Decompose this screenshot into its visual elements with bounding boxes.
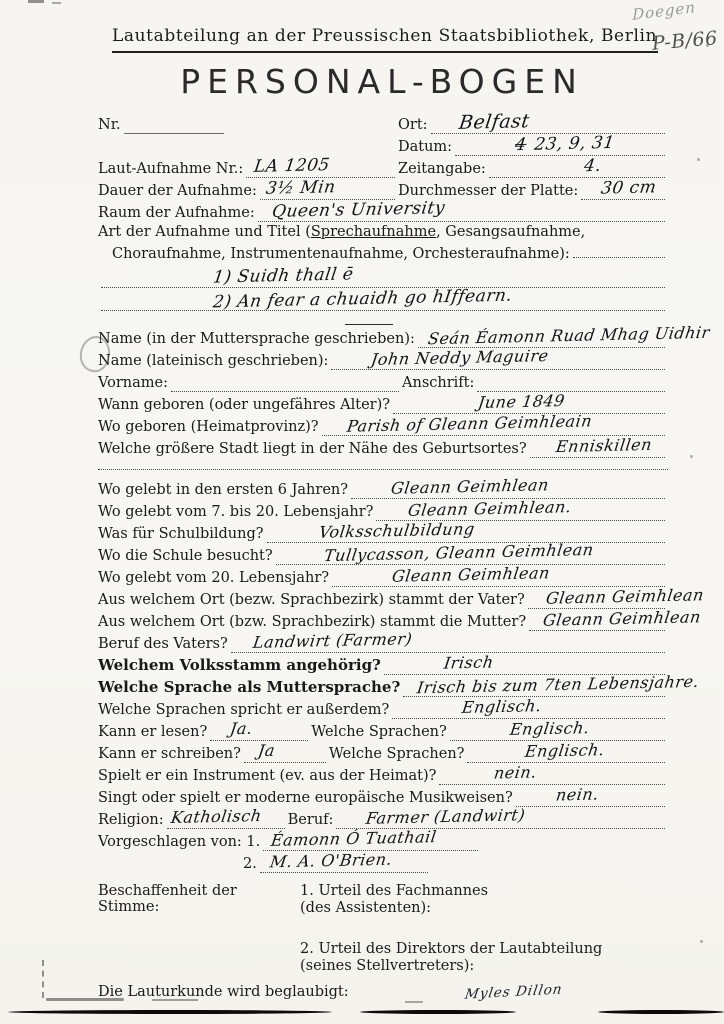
vorname-label: Vorname: (98, 375, 168, 391)
row-wo-geboren: Wo geboren (Heimatprovinz)? Parish of Gl… (98, 416, 668, 438)
titel2-field: 2) An fear a chuaidh go hIffearn. (101, 291, 665, 311)
row-beglaubigt: Die Lauturkunde wird beglaubigt: Myles D… (98, 984, 668, 1000)
row-erste6: Wo gelebt in den ersten 6 Jahren? Gleann… (98, 479, 668, 501)
art-label-line2: Choraufnahme, Instrumentenaufnahme, Orch… (98, 246, 570, 262)
vater-ort-label: Aus welchem Ort (bezw. Sprachbezirk) sta… (98, 592, 525, 608)
musik-label: Singt oder spielt er moderne europäische… (98, 790, 513, 806)
laut-nr-field: LA 1205 (246, 158, 395, 178)
row-musik: Singt oder spielt er moderne europäische… (98, 787, 668, 809)
urteil1-line1: 1. Urteil des Fachmannes (300, 883, 668, 900)
row-art-2: Choraufnahme, Instrumentenaufnahme, Orch… (98, 246, 668, 268)
schule-wo-label: Wo die Schule besucht? (98, 548, 273, 564)
organization-heading: Lautabteilung an der Preussischen Staats… (112, 26, 658, 53)
laut-nr-label: Laut-Aufnahme Nr.: (98, 161, 243, 177)
row-schreiben: Kann er schreiben? Ja Welche Sprachen? E… (98, 743, 668, 765)
sonst-label: Welche Sprachen spricht er außerdem? (98, 702, 389, 718)
lesen-sprachen-label: Welche Sprachen? (311, 724, 447, 740)
name-latein-label: Name (lateinisch geschrieben): (98, 353, 328, 369)
urteil-gap (300, 917, 668, 941)
scan-smudge (28, 0, 44, 3)
beruf-vater-label: Beruf des Vaters? (98, 636, 228, 652)
anschrift-field (477, 372, 665, 392)
signature: Myles Dillon (463, 981, 563, 1002)
raum-field: Queen's University (258, 202, 665, 222)
datum-label: Datum: (398, 139, 452, 155)
erste6-field: Gleann Geimhlean (351, 479, 665, 499)
scan-dashed-line (42, 960, 44, 998)
vorgeschlagen2-label: 2. (243, 856, 257, 872)
scan-speck (690, 455, 693, 458)
dauer-label: Dauer der Aufnahme: (98, 183, 257, 199)
art-label-underlined: Sprechaufnahme (311, 224, 436, 240)
beruf-field: Farmer (Landwirt) (336, 809, 665, 829)
zeitangabe-field: 4. (489, 158, 665, 178)
mutter-ort-field: Gleann Geimhlean (529, 611, 665, 631)
row-ab20: Wo gelebt vom 20. Lebensjahr? Gleann Gei… (98, 567, 668, 589)
scan-smudge (52, 2, 61, 4)
row-7bis20: Wo gelebt vom 7. bis 20. Lebensjahr? Gle… (98, 501, 668, 523)
urteil2-line2: (seines Stellvertreters): (300, 958, 668, 975)
scan-smudge (405, 1001, 423, 1003)
row-datum: Datum: 423, 9, 31 (98, 136, 668, 158)
scan-smudge (46, 998, 124, 1001)
row-vorname-anschrift: Vorname: Anschrift: (98, 372, 668, 394)
row-name-muttersprache: Name (in der Muttersprache geschrieben):… (98, 328, 668, 350)
volksstamm-field: Irisch (384, 655, 665, 675)
wo-geboren-label: Wo geboren (Heimatprovinz)? (98, 419, 319, 435)
dauer-field: 3½ Min (260, 180, 395, 200)
durchmesser-field: 30 cm (581, 180, 665, 200)
beglaubigt-label: Die Lauturkunde wird beglaubigt: (98, 984, 349, 1000)
schreiben-label: Kann er schreiben? (98, 746, 241, 762)
titel1-field: 1) Suidh thall ē (101, 268, 665, 288)
page-edge-stroke (598, 1010, 724, 1014)
scan-smudge (152, 999, 198, 1001)
lesen-label: Kann er lesen? (98, 724, 207, 740)
zeitangabe-label: Zeitangabe: (398, 161, 486, 177)
scan-speck (697, 158, 700, 161)
page-title: PERSONAL-BOGEN (98, 62, 666, 101)
stimme-section: Beschaffenheit der Stimme: 1. Urteil des… (98, 883, 668, 975)
document-code-annotation: P-B/66 (651, 27, 718, 55)
art-field (573, 257, 665, 258)
sonst-field: Englisch. (392, 699, 665, 719)
raum-label: Raum der Aufnahme: (98, 205, 255, 221)
stadt-label: Welche größere Stadt liegt in der Nähe d… (98, 441, 527, 457)
urteil1-line2: (des Assistenten): (300, 900, 668, 917)
page-edge-stroke (360, 1010, 516, 1014)
row-titel-2: 2) An fear a chuaidh go hIffearn. (98, 291, 668, 315)
lesen-field: Ja. (210, 721, 308, 741)
row-art-1: Art der Aufnahme und Titel (Sprechaufnah… (98, 224, 668, 246)
instrument-label: Spielt er ein Instrument (ev. aus der He… (98, 768, 436, 784)
section-divider-dotted (98, 460, 668, 479)
art-label-post: , Gesangsaufnahme, (436, 224, 585, 240)
row-instrument: Spielt er ein Instrument (ev. aus der He… (98, 765, 668, 787)
j7-20-field: Gleann Geimhlean. (376, 501, 665, 521)
schreiben-sprachen-label: Welche Sprachen? (329, 746, 465, 762)
name-mutter-label: Name (in der Muttersprache geschrieben): (98, 331, 415, 347)
nr-field (124, 114, 224, 134)
musik-field: nein. (516, 787, 665, 807)
muttersprache-field: Irisch bis zum 7ten Lebensjahre. (403, 677, 665, 697)
row-vater-ort: Aus welchem Ort (bezw. Sprachbezirk) sta… (98, 589, 668, 611)
row-stadt: Welche größere Stadt liegt in der Nähe d… (98, 438, 668, 460)
schulbildung-field: Volksschulbildung (267, 523, 665, 543)
ort-field: Belfast (431, 114, 665, 134)
wann-geboren-field: June 1849 (393, 394, 665, 414)
religion-label: Religion: (98, 812, 164, 828)
row-schule-wo: Wo die Schule besucht? Tullycasson, Glea… (98, 545, 668, 567)
vorgeschlagen1-field: Éamonn Ó Tuathail (263, 831, 478, 851)
lesen-sprachen-field: Englisch. (450, 721, 665, 741)
j7-20-label: Wo gelebt vom 7. bis 20. Lebensjahr? (98, 504, 373, 520)
erste6-label: Wo gelebt in den ersten 6 Jahren? (98, 482, 348, 498)
row-raum: Raum der Aufnahme: Queen's University (98, 202, 668, 224)
schulbildung-label: Was für Schulbildung? (98, 526, 264, 542)
row-lautnr-zeit: Laut-Aufnahme Nr.: LA 1205 Zeitangabe: 4… (98, 158, 668, 180)
schule-wo-field: Tullycasson, Gleann Geimhlean (276, 545, 665, 565)
scan-speck (700, 940, 703, 943)
row-beruf-vater: Beruf des Vaters? Landwirt (Farmer) (98, 633, 668, 655)
row-muttersprache: Welche Sprache als Muttersprache? Irisch… (98, 677, 668, 699)
instrument-field: nein. (439, 765, 665, 785)
vorgeschlagen2-field: M. A. O'Brien. (260, 853, 428, 873)
row-name-lateinisch: Name (lateinisch geschrieben): John Nedd… (98, 350, 668, 372)
row-vorgeschlagen-2: 2. M. A. O'Brien. (98, 853, 668, 875)
ab20-field: Gleann Geimhlean (332, 567, 665, 587)
stimme-label: Beschaffenheit der Stimme: (98, 883, 300, 975)
art-label-pre: Art der Aufnahme und Titel ( (98, 224, 311, 240)
urteil2-line1: 2. Urteil des Direktors der Lautabteilun… (300, 941, 668, 958)
wann-geboren-label: Wann geboren (oder ungefähres Alter)? (98, 397, 390, 413)
volksstamm-label: Welchem Volksstamm angehörig? (98, 656, 381, 674)
struck-digit: 4 (514, 135, 528, 155)
vorname-field (171, 372, 399, 392)
name-latein-field: John Neddy Maguire (331, 350, 665, 370)
ab20-label: Wo gelebt vom 20. Lebensjahr? (98, 570, 329, 586)
vorgeschlagen-label: Vorgeschlagen von: 1. (98, 834, 260, 850)
vater-ort-field: Gleann Geimhlean (528, 589, 665, 609)
pencil-annotation: Doegen (632, 0, 696, 24)
beruf-vater-field: Landwirt (Farmer) (231, 633, 665, 653)
page-edge-stroke (8, 1010, 332, 1014)
ort-label: Ort: (398, 117, 428, 133)
nr-label: Nr. (98, 117, 121, 133)
name-mutter-field: Seán Éamonn Ruad Mhag Uidhir (418, 328, 665, 348)
schreiben-sprachen-field: Englisch. (467, 743, 665, 763)
schreiben-field: Ja (244, 743, 326, 763)
durchmesser-label: Durchmesser der Platte: (398, 183, 578, 199)
datum-field: 423, 9, 31 (455, 136, 665, 156)
anschrift-label: Anschrift: (402, 375, 474, 391)
beruf-label: Beruf: (288, 812, 334, 828)
form-body: Nr. Ort: Belfast Datum: 423, 9, 31 Laut-… (98, 114, 668, 1000)
stadt-field: Enniskillen (530, 438, 665, 458)
muttersprache-label: Welche Sprache als Muttersprache? (98, 678, 400, 696)
wo-geboren-field: Parish of Gleann Geimhleain (322, 416, 665, 436)
mutter-ort-label: Aus welchem Ort (bzw. Sprachbezirk) stam… (98, 614, 526, 630)
religion-field: Katholisch (167, 809, 285, 829)
